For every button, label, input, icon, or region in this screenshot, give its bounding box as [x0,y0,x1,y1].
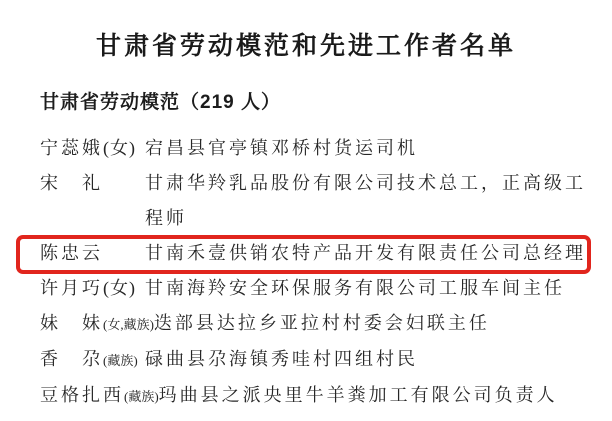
person-position: 甘南禾壹供销农特产品开发有限责任公司总经理 [145,236,588,271]
person-position: 宕昌县官亭镇邓桥村货运司机 [145,131,588,166]
person-tag: (女,藏族) [103,317,154,332]
person-position: 迭部县达拉乡亚拉村村委会妇联主任 [154,306,588,341]
list-item: 宁蕊娥(女) 宕昌县官亭镇邓桥村货运司机 [40,131,588,166]
person-name: 香 尕(藏族) [40,342,145,378]
person-position: 碌曲县尕海镇秀哇村四组村民 [145,342,588,377]
laborer-list: 宁蕊娥(女) 宕昌县官亭镇邓桥村货运司机 宋 礼 甘肃华羚乳品股份有限公司技术总… [40,131,588,414]
person-name: 许月巧(女) [40,271,145,306]
person-tag: (藏族) [124,389,159,404]
person-tag: (藏族) [103,353,138,368]
list-item: 许月巧(女) 甘南海羚安全环保服务有限公司工服车间主任 [40,271,588,306]
person-name: 妹 妹(女,藏族) [40,306,154,342]
person-tag: (女) [103,138,136,158]
person-name: 宁蕊娥(女) [40,131,145,166]
list-item: 豆格扎西(藏族) 玛曲县之派央里牛羊粪加工有限公司负责人 [40,378,588,414]
list-item: 宋 礼 甘肃华羚乳品股份有限公司技术总工，正高级工程师 [40,166,588,236]
person-position: 玛曲县之派央里牛羊粪加工有限公司负责人 [159,378,588,413]
list-item-highlighted: 陈忠云 甘南禾壹供销农特产品开发有限责任公司总经理 [40,236,588,271]
person-name: 陈忠云 [40,236,145,271]
person-position: 甘南海羚安全环保服务有限公司工服车间主任 [145,271,588,306]
page-title: 甘肃省劳动模范和先进工作者名单 [0,26,612,62]
list-item: 妹 妹(女,藏族) 迭部县达拉乡亚拉村村委会妇联主任 [40,306,588,342]
list-item: 香 尕(藏族) 碌曲县尕海镇秀哇村四组村民 [40,342,588,378]
person-name: 宋 礼 [40,166,145,201]
person-tag: (女) [103,278,136,298]
person-name: 豆格扎西(藏族) [40,378,159,414]
person-position: 甘肃华羚乳品股份有限公司技术总工，正高级工程师 [145,166,588,236]
section-heading: 甘肃省劳动模范（219 人） [40,87,281,114]
